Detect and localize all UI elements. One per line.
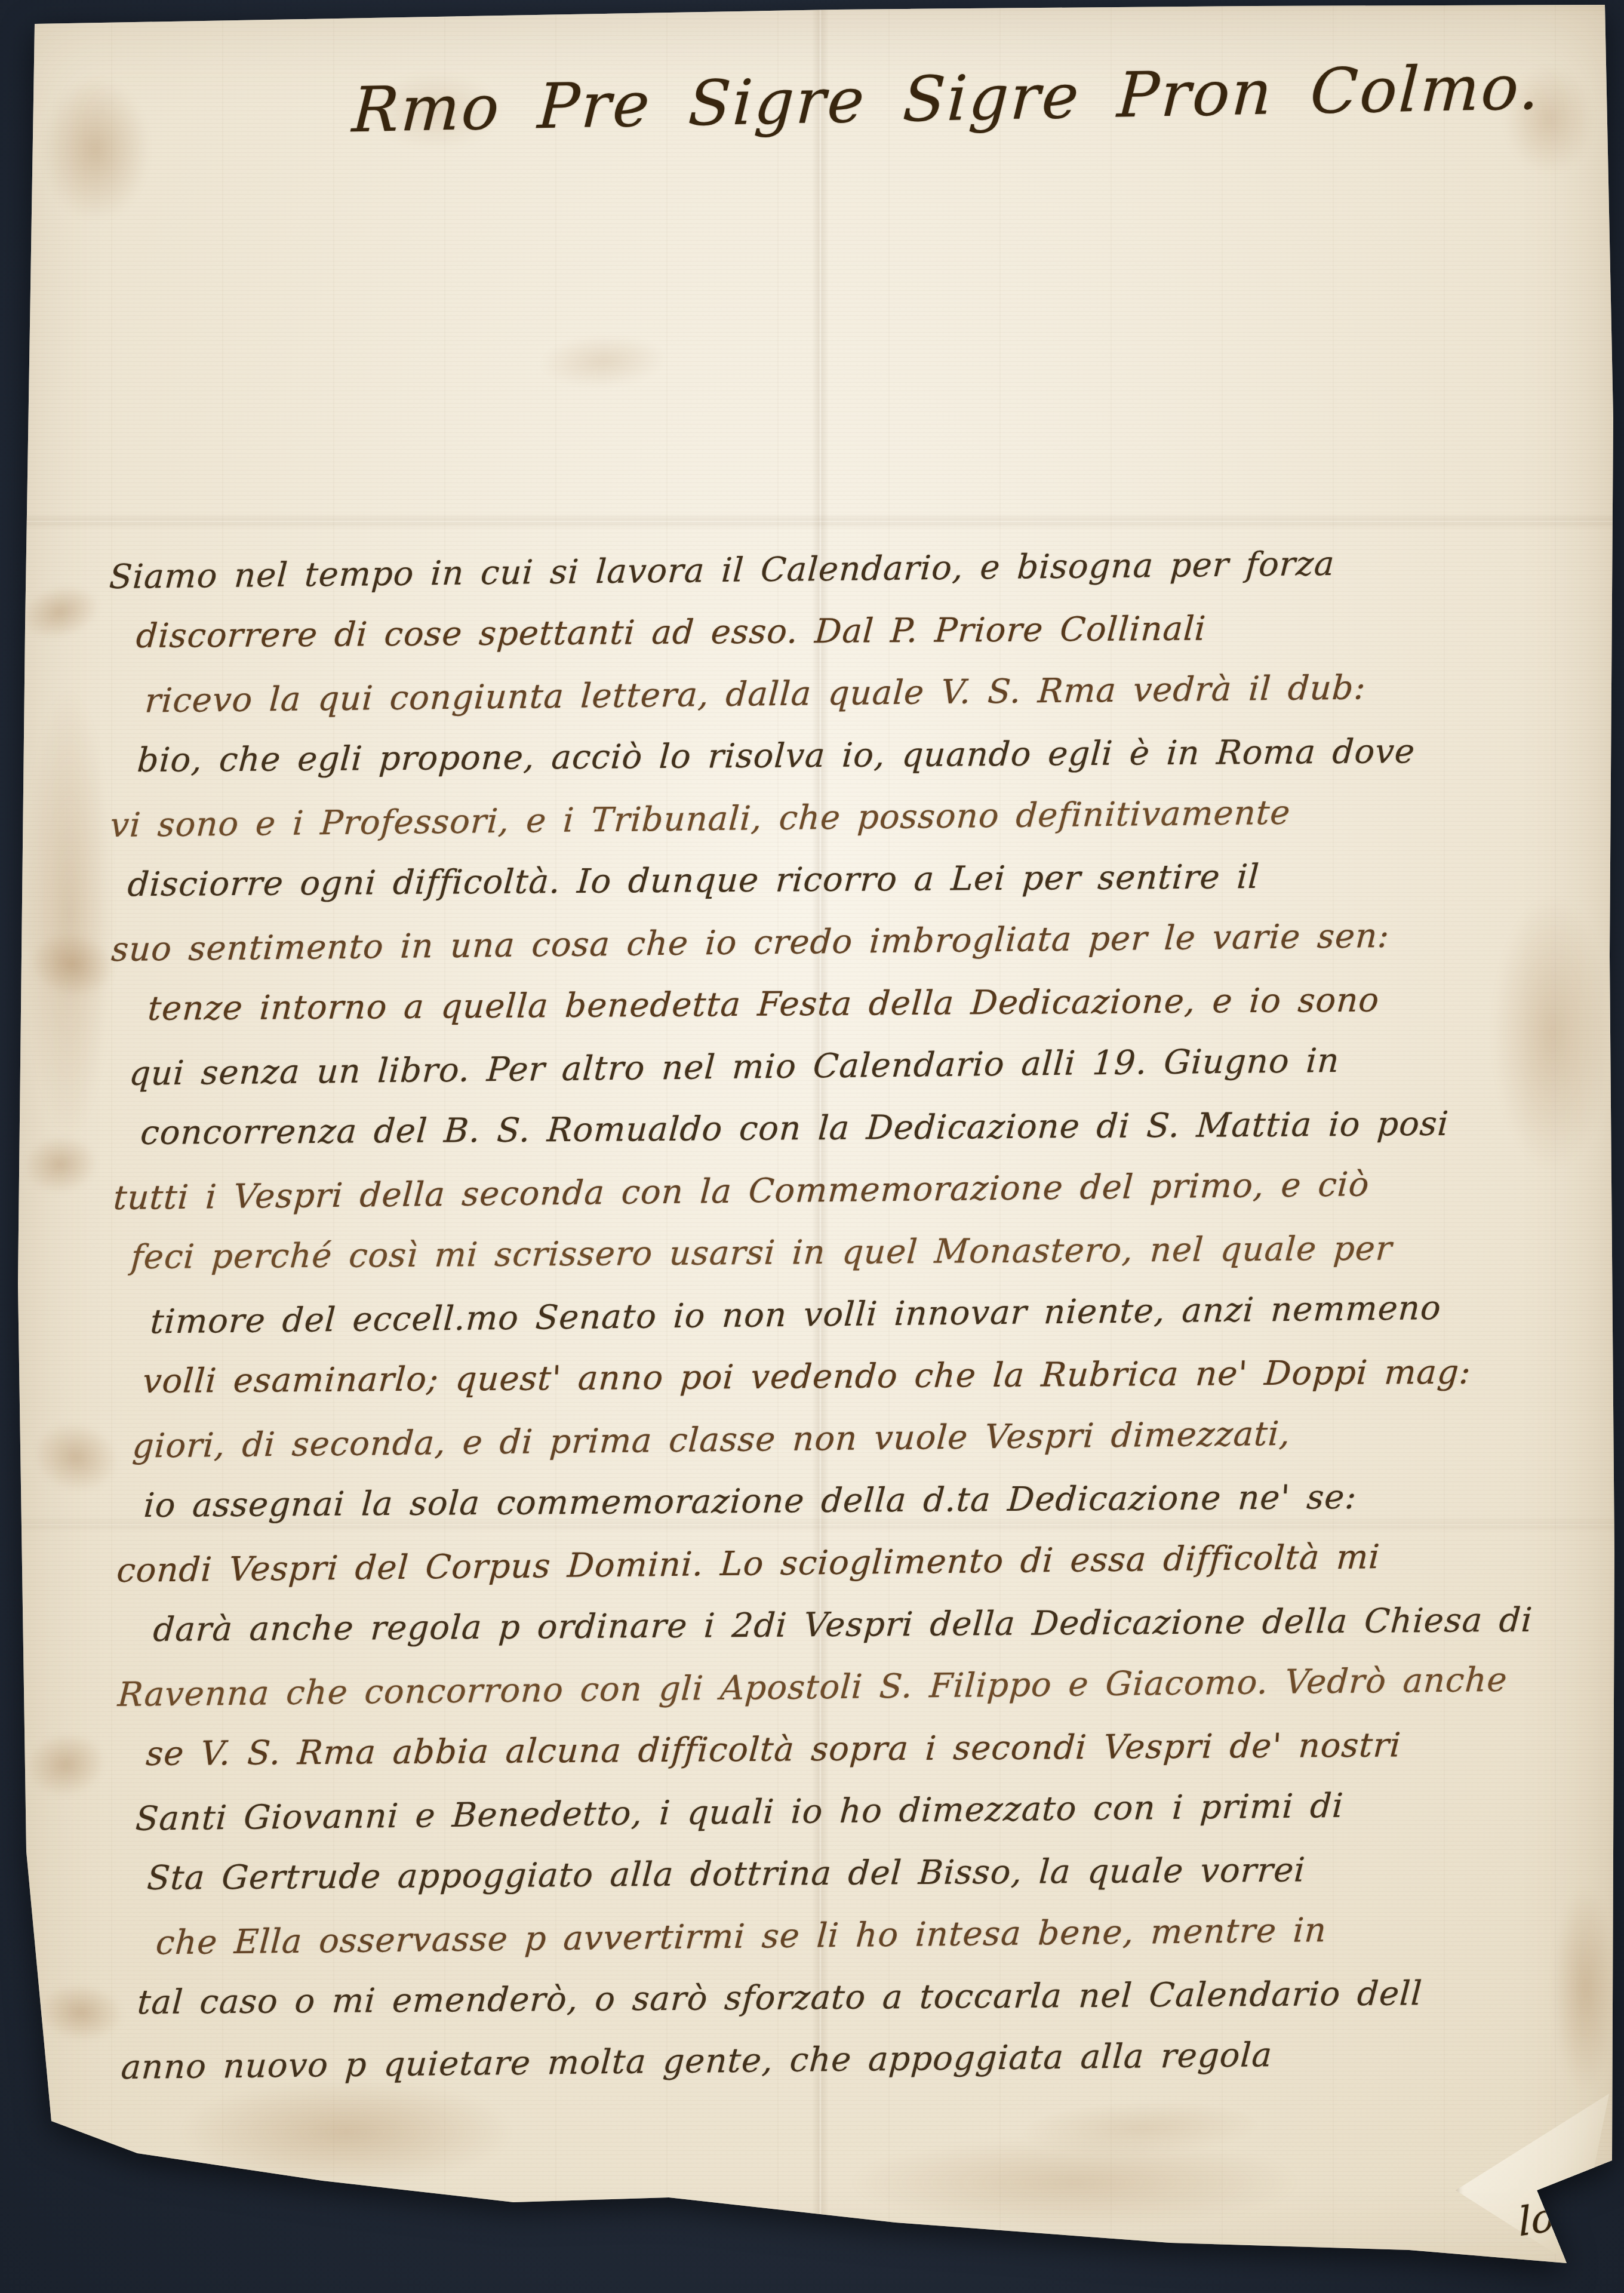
- paper-stain: [848, 2138, 1302, 2227]
- paper-stain: [42, 78, 149, 221]
- ink-showthrough: [1014, 2098, 1267, 2160]
- salutation: Rmo Pre Sigre Sigre Pron Colmo.: [350, 51, 1543, 146]
- ink-showthrough: [13, 576, 107, 648]
- letter-body: Siamo nel tempo in cui si lavora il Cale…: [108, 533, 1560, 2098]
- fold-crease-horizontal-upper: [0, 514, 1624, 529]
- ink-showthrough: [24, 1413, 127, 1502]
- corner-ink-mark: lo.: [1518, 2192, 1568, 2246]
- manuscript-line: anno nuovo p quietare molta gente, che a…: [119, 2021, 1561, 2099]
- paper-stain: [1552, 1887, 1618, 2090]
- letter-sheet-wrapper: Rmo Pre Sigre Sigre Pron Colmo. Siamo ne…: [0, 0, 1624, 2293]
- letter-page: Rmo Pre Sigre Sigre Pron Colmo. Siamo ne…: [0, 0, 1624, 2293]
- ink-showthrough: [33, 1979, 128, 2046]
- ink-showthrough: [19, 1130, 102, 1198]
- ink-showthrough: [536, 331, 670, 391]
- paper-stain: [24, 687, 113, 1141]
- ink-showthrough: [23, 925, 121, 1004]
- photo-background: Rmo Pre Sigre Sigre Pron Colmo. Siamo ne…: [0, 0, 1624, 2293]
- ink-showthrough: [19, 1725, 113, 1805]
